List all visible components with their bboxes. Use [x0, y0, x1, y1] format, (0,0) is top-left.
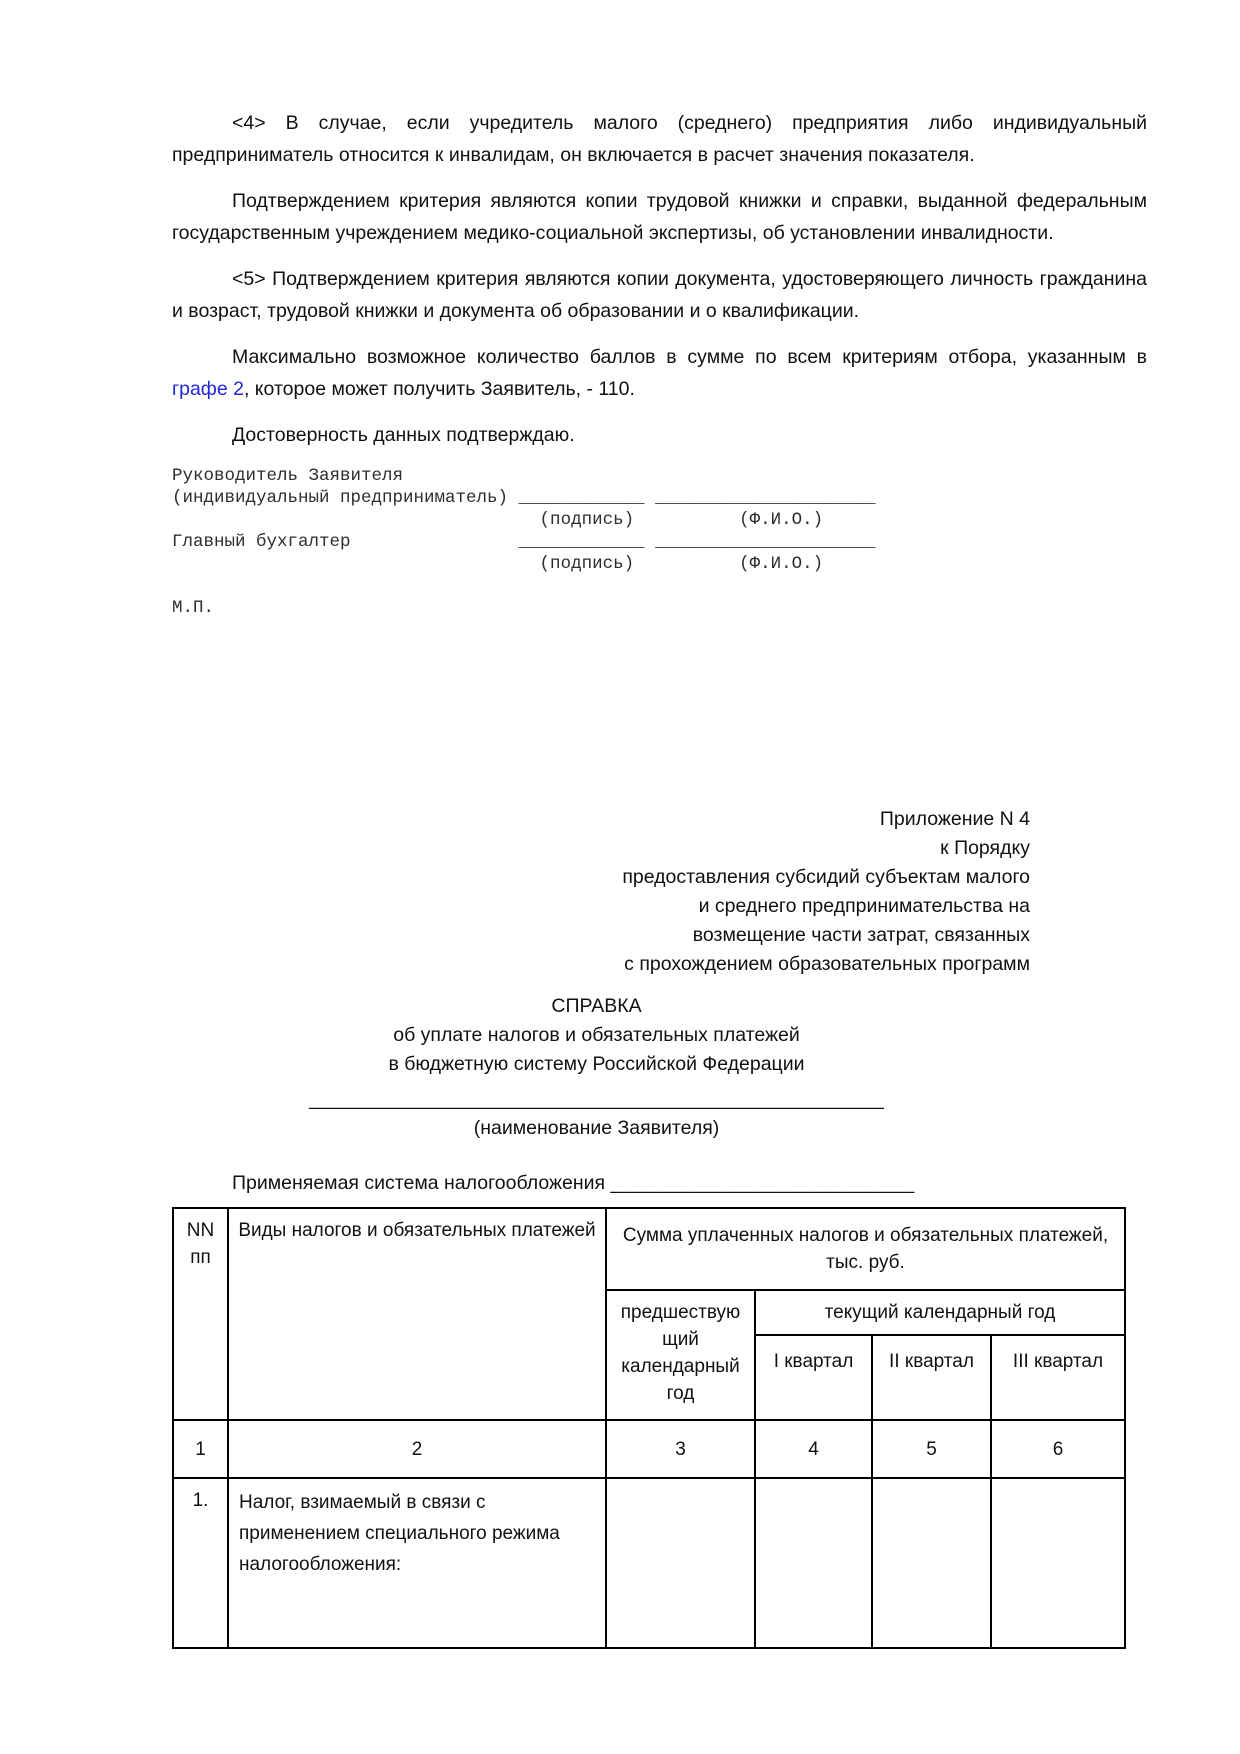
certificate-subtitle-1: об уплате налогов и обязательных платеже…	[172, 1021, 1021, 1050]
certificate-heading: СПРАВКА об уплате налогов и обязательных…	[172, 992, 1021, 1143]
numbering-cell: 5	[872, 1420, 991, 1478]
value-cell-q3	[991, 1478, 1125, 1648]
grafe-2-link[interactable]: графе 2	[172, 378, 244, 400]
paragraph-note-4: <4> В случае, если учредитель малого (ср…	[172, 107, 1147, 171]
certificate-subtitle-2: в бюджетную систему Российской Федерации	[172, 1050, 1021, 1079]
row-tax-name-cell: Налог, взимаемый в связи с применением с…	[228, 1478, 606, 1648]
max-score-text-after: , которое может получить Заявитель, - 11…	[244, 378, 635, 400]
col-header-tax-kinds: Виды налогов и обязательных платежей	[228, 1208, 606, 1420]
paragraph-data-confirmation: Достоверность данных подтверждаю.	[172, 419, 1147, 451]
value-cell-prev-year	[606, 1478, 755, 1648]
col-header-quarter-3: III квартал	[991, 1335, 1125, 1420]
col-header-previous-year: предшествующий календарный год	[606, 1290, 755, 1420]
applicant-name-caption: (наименование Заявителя)	[172, 1114, 1021, 1143]
appendix-reference: Приложение N 4 к Порядку предоставления …	[172, 805, 1030, 979]
certificate-title: СПРАВКА	[172, 992, 1021, 1021]
paragraph-max-score: Максимально возможное количество баллов …	[172, 341, 1147, 405]
col-header-number: NN пп	[173, 1208, 228, 1420]
paragraph-note-5: <5> Подтверждением критерия являются коп…	[172, 263, 1147, 327]
max-score-text-before: Максимально возможное количество баллов …	[232, 346, 1147, 368]
tax-system-line: Применяемая система налогообложения ____…	[172, 1167, 1147, 1199]
col-header-sum-paid: Сумма уплаченных налогов и обязательных …	[606, 1208, 1125, 1290]
taxes-table: NN пп Виды налогов и обязательных платеж…	[172, 1207, 1126, 1649]
table-row: 1. Налог, взимаемый в связи с применение…	[173, 1478, 1125, 1648]
paragraph-criteria-disability: Подтверждением критерия являются копии т…	[172, 185, 1147, 249]
column-numbering-row: 1 2 3 4 5 6	[173, 1420, 1125, 1478]
numbering-cell: 1	[173, 1420, 228, 1478]
numbering-cell: 2	[228, 1420, 606, 1478]
document-page: <4> В случае, если учредитель малого (ср…	[0, 0, 1240, 1649]
col-header-quarter-1: I квартал	[755, 1335, 872, 1420]
value-cell-q2	[872, 1478, 991, 1648]
tax-system-label: Применяемая система налогообложения	[232, 1172, 605, 1194]
numbering-cell: 6	[991, 1420, 1125, 1478]
numbering-cell: 4	[755, 1420, 872, 1478]
value-cell-q1	[755, 1478, 872, 1648]
numbering-cell: 3	[606, 1420, 755, 1478]
signature-block: Руководитель Заявителя (индивидуальный п…	[172, 465, 1147, 619]
applicant-name-blank: ________________________________________…	[172, 1085, 1021, 1114]
tax-system-blank: ____________________________	[611, 1172, 915, 1194]
col-header-current-year: текущий календарный год	[755, 1290, 1125, 1335]
row-number-cell: 1.	[173, 1478, 228, 1648]
col-header-quarter-2: II квартал	[872, 1335, 991, 1420]
